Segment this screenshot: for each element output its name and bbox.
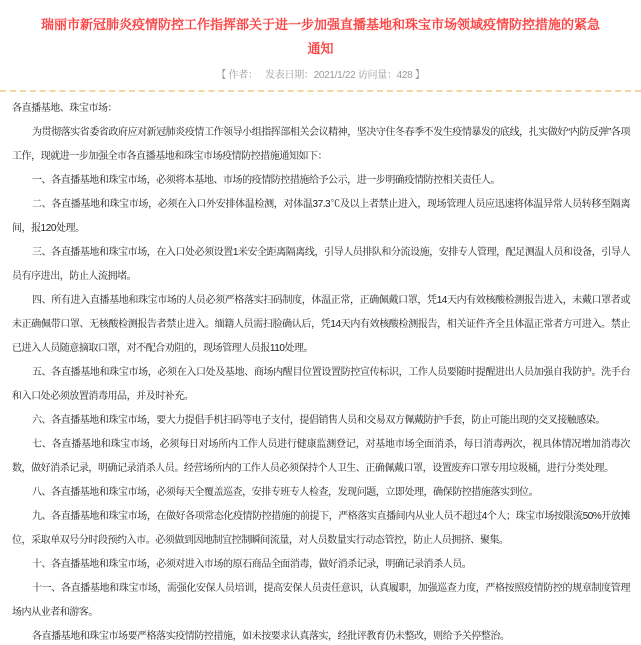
paragraph-closing: 各直播基地和珠宝市场要严格落实疫情防控措施，如未按要求认真落实，经批评教育仍未整…	[12, 625, 630, 645]
paragraph-item-9: 九、各直播基地和珠宝市场，在做好各项常态化疫情防控措施的前提下，严格落实直播间内…	[12, 505, 630, 553]
paragraph-item-5: 五、各直播基地和珠宝市场，必须在入口处及基地、商场内醒目位置设置防控宣传标识，工…	[12, 361, 630, 409]
paragraph-item-11: 十一、各直播基地和珠宝市场，需强化安保人员培训，提高安保人员责任意识，认真履职，…	[12, 577, 630, 625]
page-title: 瑞丽市新冠肺炎疫情防控工作指挥部关于进一步加强直播基地和珠宝市场领域疫情防控措施…	[36, 13, 606, 61]
paragraph-item-6: 六、各直播基地和珠宝市场，要大力提倡手机扫码等电子支付，提倡销售人员和交易双方佩…	[12, 409, 630, 433]
paragraph-item-1: 一、各直播基地和珠宝市场，必须将本基地、市场的疫情防控措施给予公示，进一步明确疫…	[12, 169, 630, 193]
paragraph-item-7: 七、各直播基地和珠宝市场，必须每日对场所内工作人员进行健康监测登记，对基地市场全…	[12, 433, 630, 481]
notice-body: 各直播基地、珠宝市场： 为贯彻落实省委省政府应对新冠肺炎疫情工作领导小组指挥部相…	[0, 92, 641, 645]
paragraph-item-2: 二、各直播基地和珠宝市场，必须在入口外安排体温检测，对体温37.3℃及以上者禁止…	[12, 193, 630, 241]
meta-line: 【 作者： 发表日期：2021/1/22 访问量：428 】	[0, 66, 641, 81]
paragraph-intro: 为贯彻落实省委省政府应对新冠肺炎疫情工作领导小组指挥部相关会议精神，坚决守住冬春…	[12, 121, 630, 169]
salutation: 各直播基地、珠宝市场：	[12, 97, 630, 121]
notice-header: 瑞丽市新冠肺炎疫情防控工作指挥部关于进一步加强直播基地和珠宝市场领域疫情防控措施…	[0, 0, 641, 81]
paragraph-item-4: 四、所有进入直播基地和珠宝市场的人员必须严格落实扫码制度，体温正常，正确佩戴口罩…	[12, 289, 630, 361]
notice-page: 瑞丽市新冠肺炎疫情防控工作指挥部关于进一步加强直播基地和珠宝市场领域疫情防控措施…	[0, 0, 641, 645]
paragraph-item-3: 三、各直播基地和珠宝市场，在入口处必须设置1米安全距离隔离线，引导人员排队和分流…	[12, 241, 630, 289]
paragraph-item-8: 八、各直播基地和珠宝市场，必须每天全覆盖巡查，安排专班专人检查，发现问题，立即处…	[12, 481, 630, 505]
paragraph-item-10: 十、各直播基地和珠宝市场，必须对进入市场的原石商品全面消毒，做好消杀记录，明确记…	[12, 553, 630, 577]
